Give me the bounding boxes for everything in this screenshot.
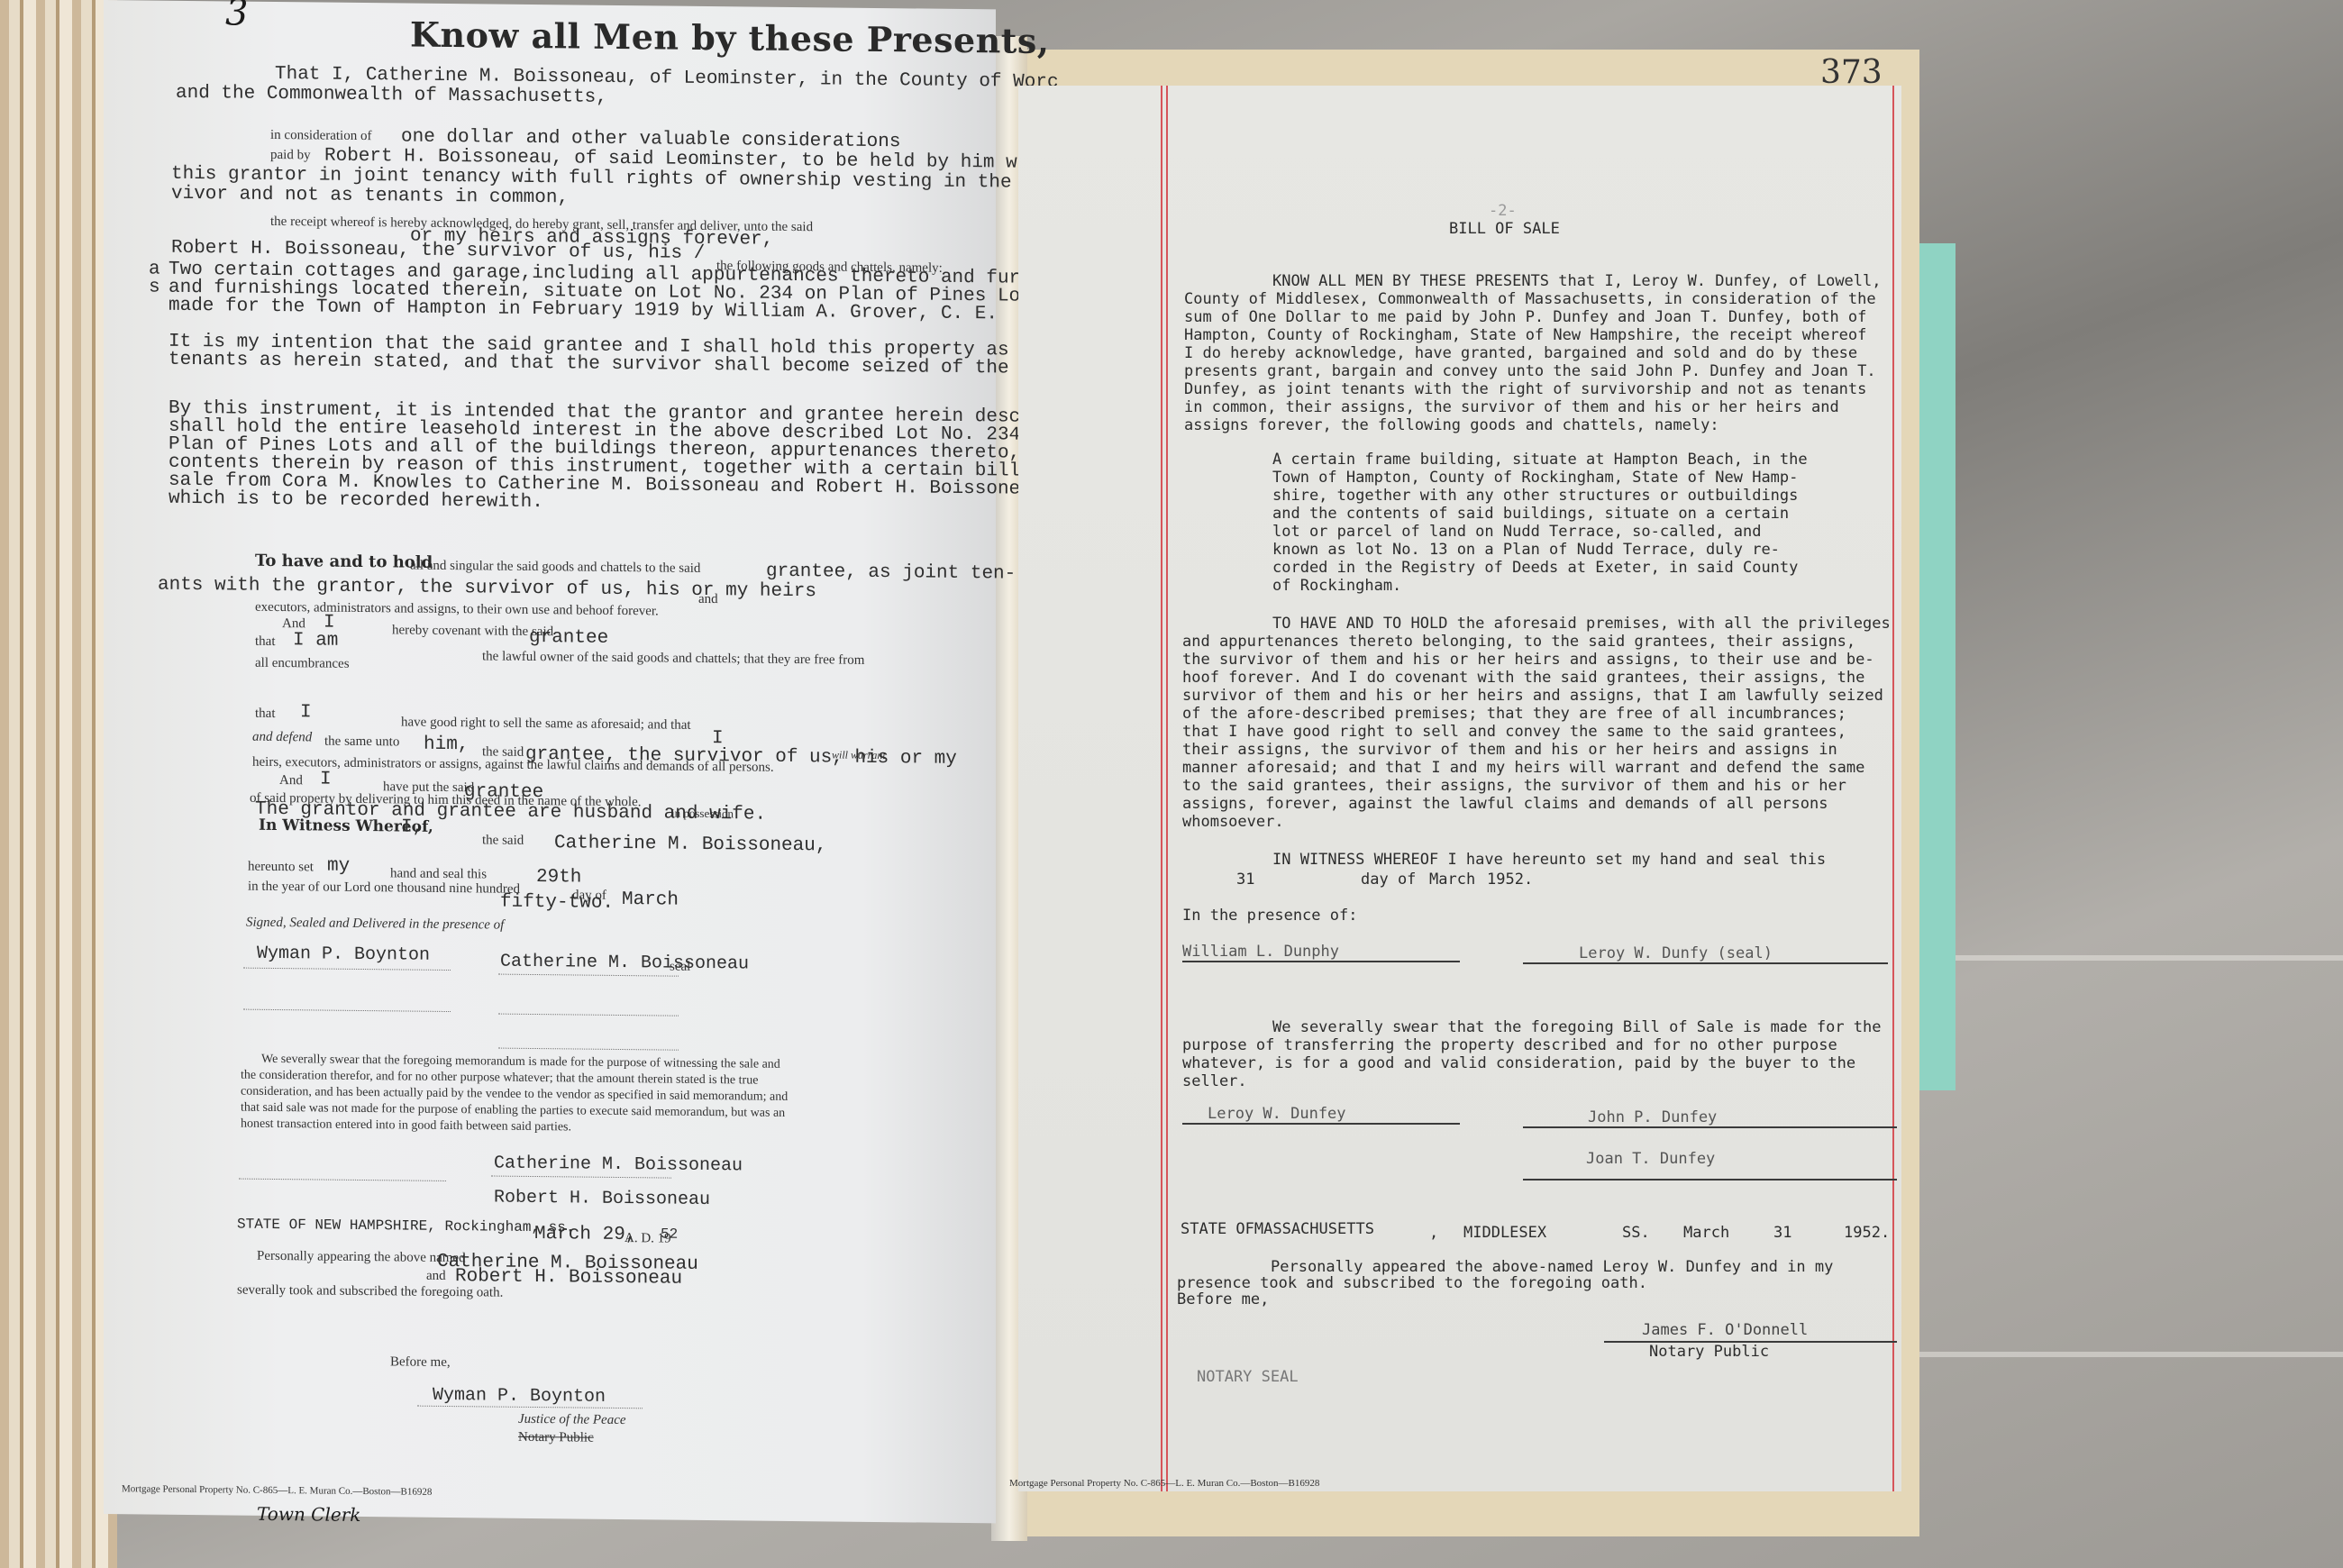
notary-title: Notary Public	[1649, 1343, 1769, 1362]
habendum-line: to the said grantees, their assigns, the…	[1182, 777, 1846, 796]
bill-title: BILL OF SALE	[1449, 220, 1560, 239]
witness-signature: Wyman P. Boynton	[257, 943, 430, 968]
oath-line: whatever, is for a good and valid consid…	[1182, 1054, 1855, 1073]
hereunto-label: hereunto set	[248, 860, 314, 876]
oath-signature-seller: Leroy W. Dunfey	[1208, 1105, 1346, 1124]
appeared-line: Before me,	[1177, 1290, 1269, 1309]
year-label: in the year of our Lord one thousand nin…	[248, 880, 520, 898]
intro-line: Dunfey, as joint tenants with the right …	[1184, 380, 1866, 399]
habendum-line: manner aforesaid; and that I and my heir…	[1182, 759, 1864, 778]
property-line: lot or parcel of land on Nudd Terrace, s…	[1272, 523, 1761, 542]
habendum-line: survivor of them and his or her heirs an…	[1182, 687, 1883, 706]
habendum-line: TO HAVE AND TO HOLD the aforesaid premis…	[1272, 615, 1891, 634]
habendum-line: that I have good right to sell and conve…	[1182, 723, 1846, 742]
grantor-signature-line	[1523, 962, 1888, 964]
year-value: fifty-two.	[500, 891, 614, 916]
oath-signature-grantee: Robert H. Boissoneau	[494, 1187, 710, 1213]
defend-him: him,	[424, 734, 469, 758]
witness-the-said: the said	[482, 833, 524, 848]
seal-label: seal	[670, 960, 690, 975]
possession-i: I	[320, 769, 332, 792]
oath-signature-grantor: Catherine M. Boissoneau	[494, 1153, 743, 1179]
witness-day: 31	[1236, 871, 1254, 889]
before-me: Before me,	[390, 1354, 451, 1371]
margin-rule	[1892, 86, 1894, 1491]
teal-tab	[1919, 243, 1956, 1090]
oath-line: purpose of transferring the property des…	[1182, 1036, 1837, 1055]
deed-title: Know all Men by these Presents,	[410, 14, 1049, 61]
took-oath: severally took and subscribed the forego…	[237, 1283, 503, 1301]
intro-line: sum of One Dollar to me paid by John P. …	[1184, 308, 1866, 327]
oath-signature-buyer-2: Joan T. Dunfey	[1586, 1150, 1715, 1169]
blank-line	[498, 1048, 679, 1051]
form-footer: Mortgage Personal Property No. C-865—L. …	[1009, 1478, 1319, 1489]
grantor-signature: Catherine M. Boissoneau	[500, 951, 749, 977]
appearing-and: and	[426, 1269, 446, 1284]
property-line: corded in the Registry of Deeds at Exete…	[1272, 559, 1798, 578]
intro-line: presents grant, bargain and convey unto …	[1184, 362, 1876, 381]
property-line: and the contents of said buildings, situ…	[1272, 505, 1789, 524]
grantor-signature: Leroy W. Dunfy (seal)	[1579, 944, 1773, 963]
witness-name: Catherine M. Boissoneau,	[554, 832, 826, 858]
grantor-line-2: vivor and not as tenants in common,	[171, 183, 569, 211]
state-year: 52	[661, 1222, 678, 1245]
witness-day-of: day of	[1361, 871, 1416, 889]
habendum-line: the survivor of them and his or her heir…	[1182, 651, 1874, 670]
consideration-label: in consideration of	[270, 128, 371, 144]
intro-line: KNOW ALL MEN BY THESE PRESENTS that I, L…	[1272, 272, 1882, 291]
struck-title: Notary Public	[518, 1430, 594, 1446]
paid-by-label: paid by	[270, 148, 311, 163]
habendum-line: whomsoever.	[1182, 813, 1284, 832]
property-line: A certain frame building, situate at Ham…	[1272, 451, 1808, 469]
margin-rule	[1166, 86, 1168, 1491]
ss-label: SS.	[1622, 1224, 1650, 1243]
notary-seal: NOTARY SEAL	[1197, 1368, 1299, 1387]
property-line: Town of Hampton, County of Rockingham, S…	[1272, 469, 1798, 488]
notary-signature: James F. O'Donnell	[1642, 1321, 1808, 1340]
witness-line: IN WITNESS WHEREOF I have hereunto set m…	[1272, 851, 1826, 870]
marble-seam	[1901, 1352, 2343, 1357]
left-page-deed: 3 Know all Men by these Presents, That I…	[104, 0, 996, 1523]
good-right: have good right to sell the same as afor…	[401, 715, 691, 733]
intro-line: I do hereby acknowledge, have granted, b…	[1184, 344, 1857, 363]
habendum-line: assigns, forever, against the lawful cla…	[1182, 795, 1828, 814]
oath-line: seller.	[1182, 1072, 1247, 1091]
that-label-2: that	[255, 707, 276, 722]
form-footer: Mortgage Personal Property No. C-865—L. …	[122, 1483, 432, 1498]
state-comma: ,	[1429, 1224, 1438, 1243]
oath-line: We severally swear that the foregoing Bi…	[1272, 1018, 1882, 1037]
that-label: that	[255, 634, 276, 650]
witness-signature: William L. Dunphy	[1182, 943, 1339, 962]
habendum-line: hoof forever. And I do covenant with the…	[1182, 669, 1864, 688]
intro-line-2: and the Commonwealth of Massachusetts,	[176, 82, 607, 110]
buyer-signature-line	[1523, 1126, 1897, 1128]
margin-rule	[1161, 86, 1162, 1491]
property-line: known as lot No. 13 on a Plan of Nudd Te…	[1272, 541, 1780, 560]
property-line: shire, together with any other structure…	[1272, 487, 1798, 506]
encumbrances: all encumbrances	[255, 656, 350, 672]
property-line: of Rockingham.	[1272, 577, 1401, 596]
habendum-heading: To have and to hold	[255, 552, 433, 572]
state-year: 1952.	[1844, 1224, 1890, 1243]
witness-year: 1952.	[1487, 871, 1533, 889]
intro-line: in common, their assigns, the survivor o…	[1184, 398, 1839, 417]
blank-line	[243, 1009, 451, 1012]
habendum-line: of the afore-described premises; that th…	[1182, 705, 1846, 724]
lawful-owner: the lawful owner of the said goods and c…	[482, 649, 864, 668]
blank-line	[498, 1014, 679, 1016]
seller-signature-line	[1182, 1123, 1460, 1125]
instrument-line: which is to be recorded herewith.	[169, 488, 543, 515]
page-mark: 3	[225, 0, 248, 34]
witness-month: March	[1429, 871, 1475, 889]
state-date: March 29,	[534, 1223, 636, 1247]
county: MIDDLESEX	[1463, 1224, 1546, 1243]
blank-line	[239, 1179, 446, 1181]
signed-sealed-label: Signed, Sealed and Delivered in the pres…	[246, 916, 504, 934]
possession-and: And	[279, 773, 303, 789]
hereunto-my: my	[327, 855, 350, 879]
witness-i: I,	[401, 816, 424, 839]
state-month: March	[1683, 1224, 1729, 1243]
habendum-and: and	[698, 592, 718, 607]
town-clerk-signature: Town Clerk	[257, 1503, 360, 1526]
oath-line: honest transaction entered into in good …	[241, 1117, 571, 1135]
witness-signature-line	[243, 968, 451, 971]
habendum-line-3: executors, administrators and assigns, t…	[255, 600, 659, 620]
appearing-label: Personally appearing the above named	[257, 1249, 466, 1266]
covenant-grantee: grantee	[529, 626, 608, 651]
habendum-line: their assigns, the survivor of them and …	[1182, 741, 1837, 760]
buyer-signature-line	[1523, 1179, 1897, 1181]
defend-label: and defend	[252, 730, 312, 746]
i-am: I am	[293, 629, 338, 653]
month-value: March	[622, 889, 679, 913]
habendum-text: all and singular the said goods and chat…	[410, 559, 700, 577]
justice-title: Justice of the Peace	[518, 1412, 626, 1428]
intro-line: County of Middlesex, Commonwealth of Mas…	[1184, 290, 1876, 309]
habendum-line: and appurtenances thereto belonging, to …	[1182, 633, 1855, 652]
day-value: 29th	[536, 866, 581, 890]
intro-line: Hampton, County of Rockingham, State of …	[1184, 326, 1866, 345]
margin-letter: s	[149, 277, 160, 300]
state-label: STATE OF NEW HAMPSHIRE, Rockingham, ss.	[237, 1217, 574, 1236]
page-number: 373	[1820, 54, 1883, 91]
state-label: STATE OFMASSACHUSETTS	[1181, 1220, 1374, 1239]
that-i: I	[300, 701, 312, 725]
state-day: 31	[1773, 1224, 1791, 1243]
witness-signature-line	[1182, 961, 1460, 962]
presence-label: In the presence of:	[1182, 907, 1357, 925]
page-marker: -2-	[1489, 202, 1517, 221]
marble-seam	[1901, 955, 2343, 961]
defend-text: the same unto	[324, 734, 399, 751]
page-edges	[0, 0, 117, 1568]
oath-signature-buyer-1: John P. Dunfey	[1588, 1108, 1717, 1127]
intro-line: assigns forever, the following goods and…	[1184, 416, 1719, 435]
